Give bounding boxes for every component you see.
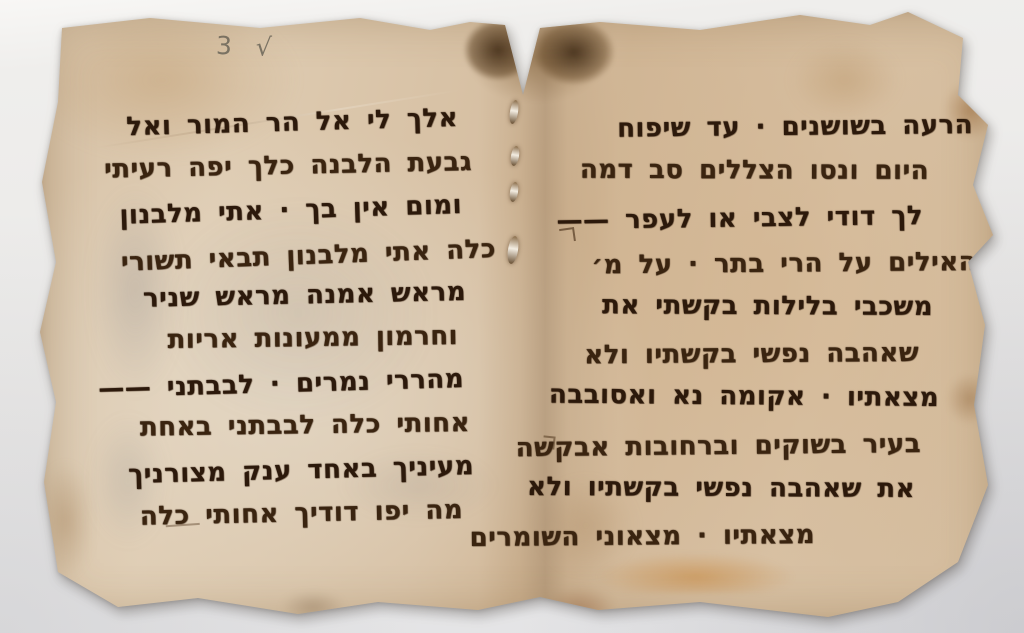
brown-stain-right-edge <box>946 373 994 425</box>
text-line: האילים על הרי בתר · על מ׳ <box>540 240 977 289</box>
photo-backdrop: 3 √ אלך לי אל הר המור ואל גבעת הלבנה כלך… <box>0 0 1024 633</box>
binding-stitch-hole <box>508 181 519 202</box>
text-line: לך דודי לצבי או לעפר —— <box>540 194 924 245</box>
text-line: את שאהבה נפשי בקשתיו ולא <box>540 465 915 512</box>
text-line: שאהבה נפשי בקשתיו ולא <box>540 331 919 379</box>
ink-stain-top-center <box>456 10 631 115</box>
brown-stain-bottom-fold <box>543 588 615 632</box>
manuscript-shadow: 3 √ אלך לי אל הר המור ואל גבעת הלבנה כלך… <box>0 0 1024 633</box>
right-page-text: הרעה בשושנים · עד שיפוח היום ונסו הצללים… <box>540 103 915 558</box>
orange-spot-bottom-right <box>953 600 977 618</box>
text-line: הרעה בשושנים · עד שיפוח <box>540 103 973 153</box>
folio-number-annotation: 3 √ <box>216 31 281 62</box>
text-line: בעיר בשוקים וברחובות אבקשה <box>540 422 921 471</box>
orange-stain-bottom-right <box>926 576 1011 628</box>
text-line: היום ונסו הצללים סב דמה <box>540 147 929 194</box>
text-line: גבעת הלבנה כלך יפה רעיתי <box>96 141 473 192</box>
binding-stitch-hole <box>506 235 520 264</box>
binding-stitch-hole <box>509 145 520 166</box>
text-line: מראש אמנה מראש שניר <box>96 271 467 322</box>
text-line: מצאתיו · מצאוני השומרים <box>540 513 815 561</box>
binding-stitch-hole <box>508 100 520 125</box>
dark-patch-bottom-left <box>281 591 345 623</box>
left-page-text: אלך לי אל הר המור ואל גבעת הלבנה כלך יפה… <box>96 97 468 532</box>
manuscript-bifolium: 3 √ אלך לי אל הר המור ואל גבעת הלבנה כלך… <box>38 8 1000 625</box>
text-line: וחרמון ממעונות אריות <box>96 315 459 364</box>
text-line: אחותי כלה לבבתני באחת <box>96 402 471 451</box>
text-line: משכבי בלילות בקשתי את <box>540 283 933 331</box>
text-line: מה יפו דודיך אחותי כלה <box>96 489 464 540</box>
text-line: מצאתיו · אקומה נא ואסובבה <box>540 373 939 422</box>
tan-stain-bottom-left-edge <box>38 463 93 578</box>
